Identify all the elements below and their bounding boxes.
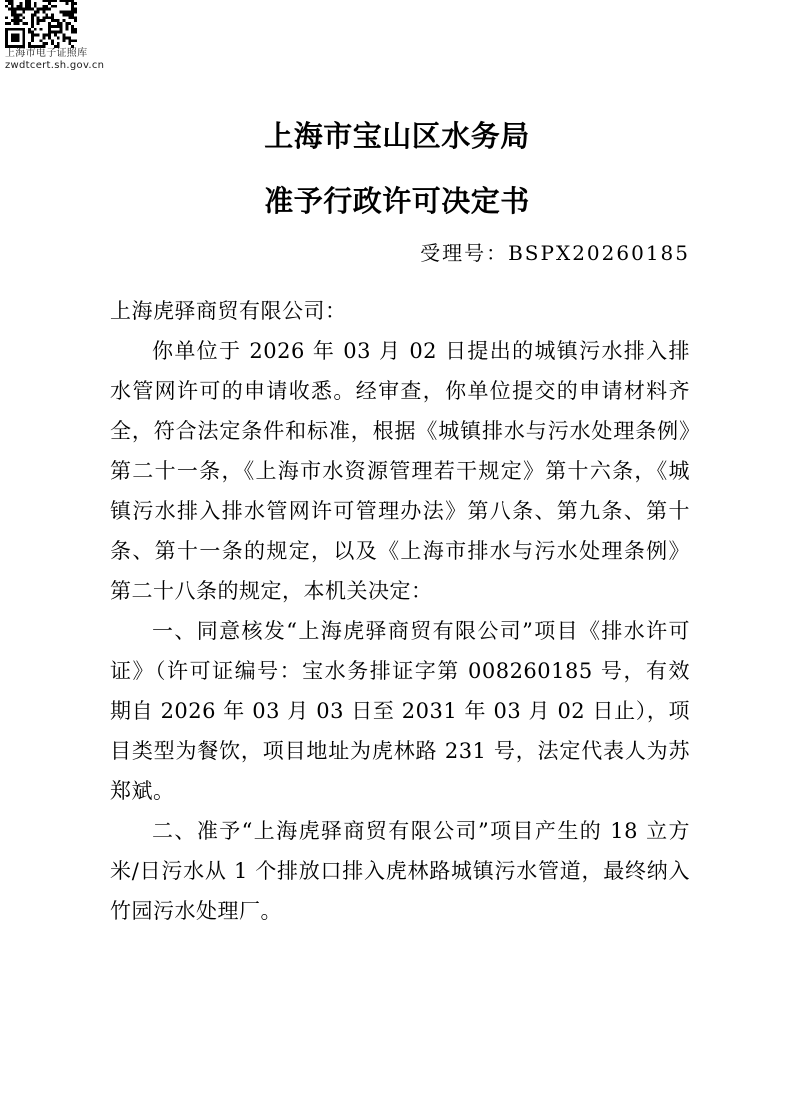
qr-code-icon bbox=[5, 0, 77, 48]
paragraph-decision-discharge: 二、准予“上海虎驿商贸有限公司”项目产生的 18 立方米/日污水从 1 个排放口… bbox=[110, 811, 690, 931]
document-title-agency: 上海市宝山区水务局 bbox=[0, 0, 794, 153]
qr-caption-url: zwdtcert.sh.gov.cn bbox=[5, 60, 95, 72]
paragraph-application-review: 你单位于 2026 年 03 月 02 日提出的城镇污水排入排水管网许可的申请收… bbox=[110, 331, 690, 611]
document-body: 上海虎驿商贸有限公司： 你单位于 2026 年 03 月 02 日提出的城镇污水… bbox=[110, 291, 690, 931]
document-page: 上海市电子证照库 zwdtcert.sh.gov.cn 上海市宝山区水务局 准予… bbox=[0, 0, 794, 1093]
document-title-type: 准予行政许可决定书 bbox=[0, 184, 794, 218]
qr-block: 上海市电子证照库 zwdtcert.sh.gov.cn bbox=[5, 0, 95, 71]
qr-clip bbox=[5, 0, 77, 48]
paragraph-decision-permit: 一、同意核发“上海虎驿商贸有限公司”项目《排水许可证》（许可证编号：宝水务排证字… bbox=[110, 611, 690, 811]
acceptance-number: 受理号：BSPX20260185 bbox=[110, 239, 690, 267]
recipient-salutation: 上海虎驿商贸有限公司： bbox=[110, 291, 690, 331]
qr-caption-library: 上海市电子证照库 bbox=[5, 48, 95, 60]
